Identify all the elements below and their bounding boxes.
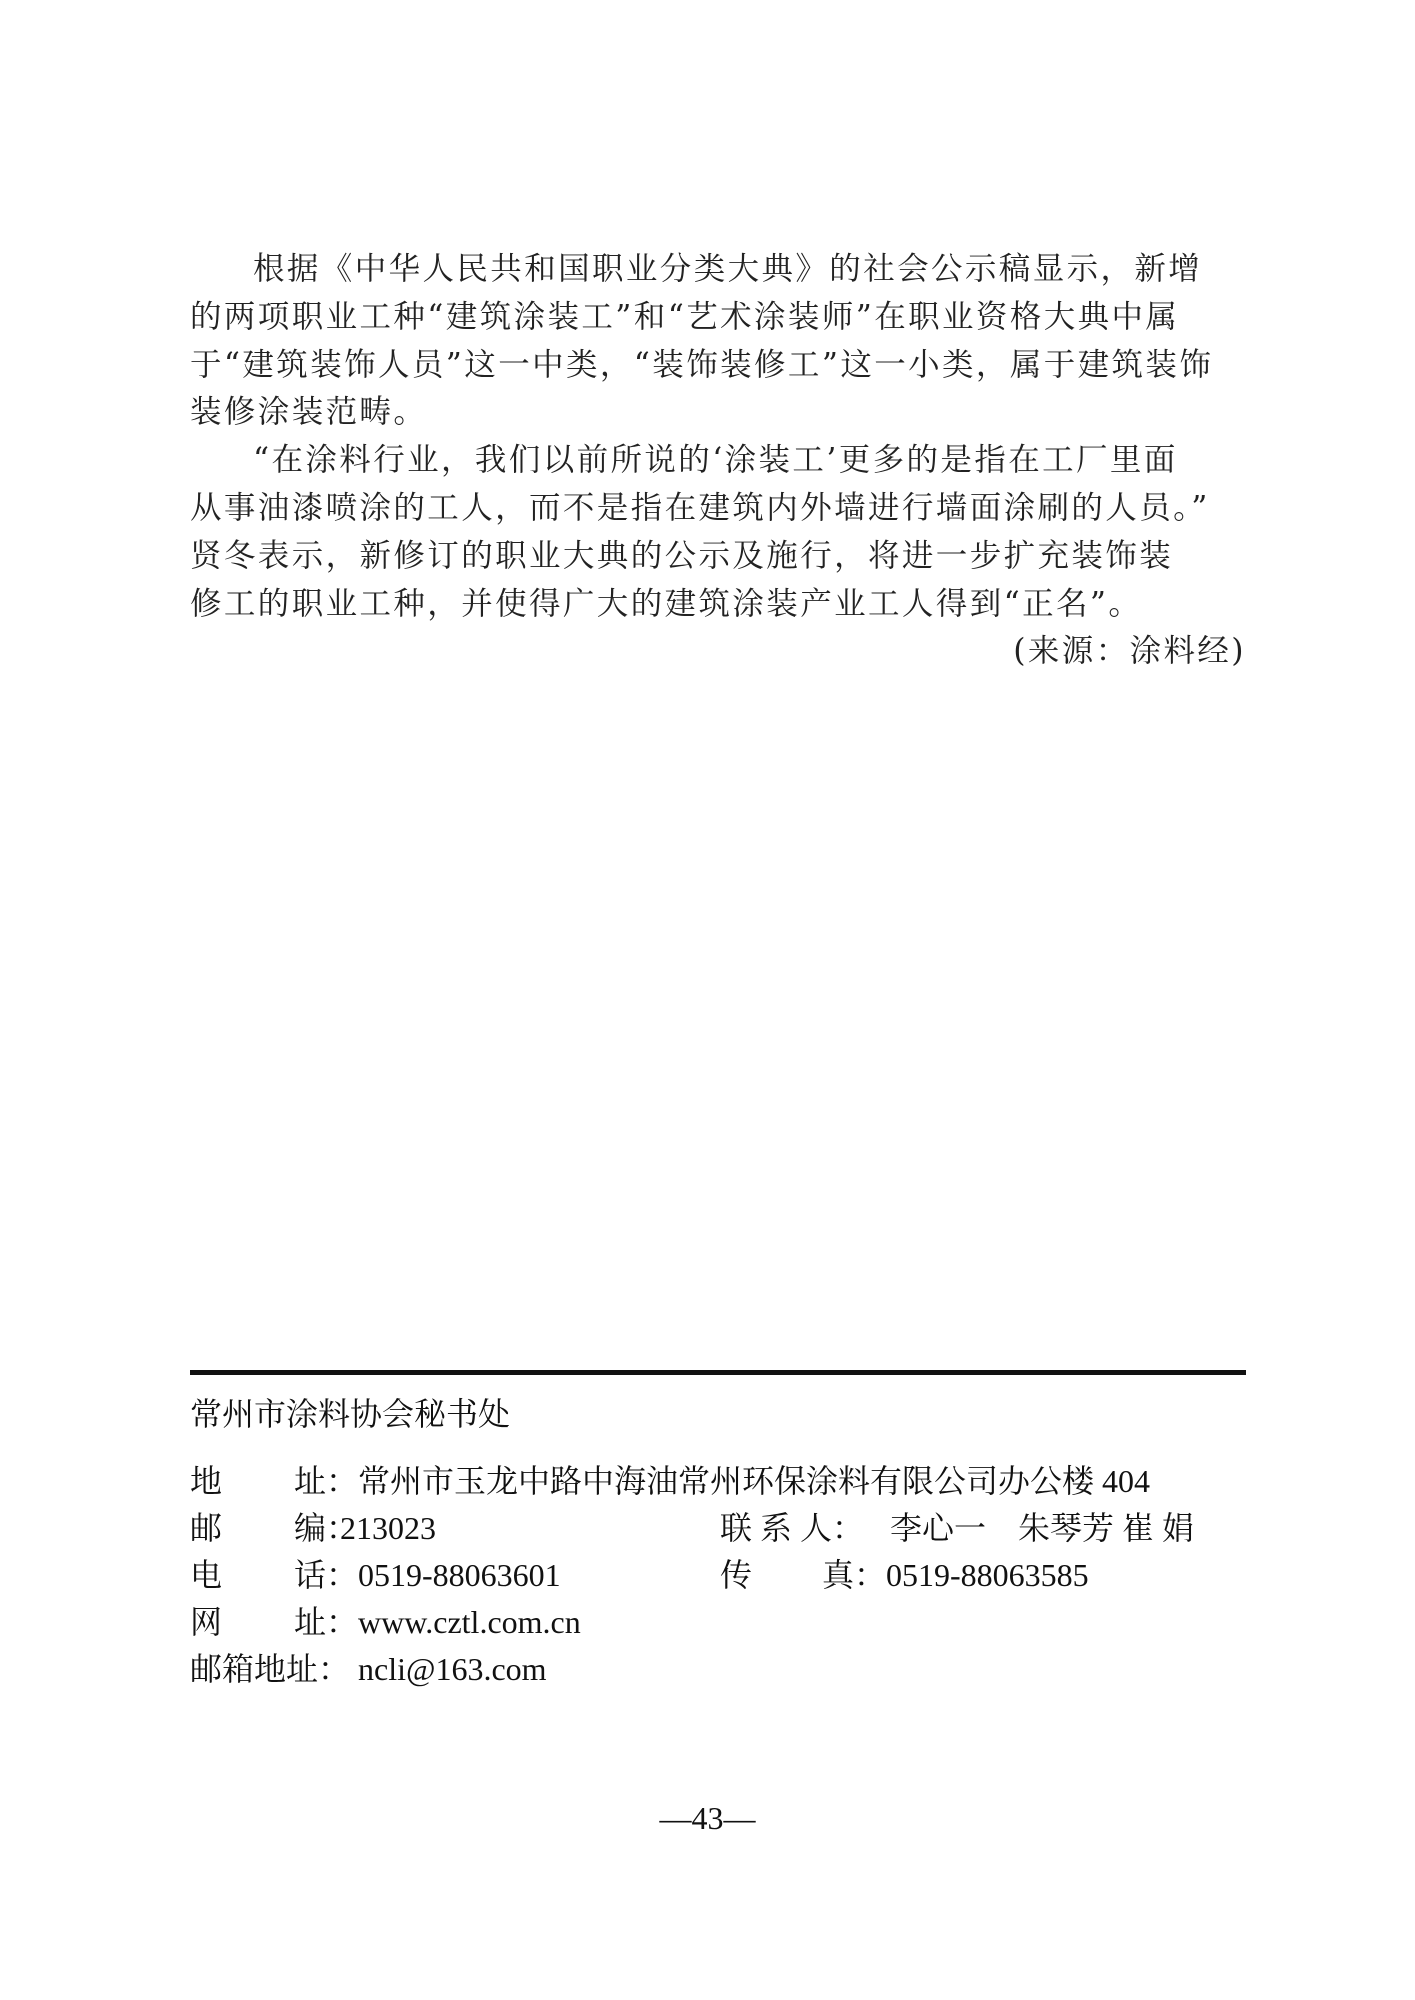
text-line: 根据《中华人民共和国职业分类大典》的社会公示稿显示，新增 bbox=[190, 246, 1246, 294]
footer-divider bbox=[190, 1370, 1246, 1375]
postcode-row: 邮 编： 213023 联 系 人： 李心一 朱琴芳 崔 娟 bbox=[190, 1505, 1250, 1552]
article-body: 根据《中华人民共和国职业分类大典》的社会公示稿显示，新增 的两项职业工种“建筑涂… bbox=[190, 246, 1246, 676]
contact-person-label: 联 系 人： bbox=[720, 1505, 864, 1552]
address-row: 地 址： 常州市玉龙中路中海油常州环保涂料有限公司办公楼 404 bbox=[190, 1458, 1250, 1505]
article-source: (来源：涂料经) bbox=[190, 628, 1246, 676]
document-page: 根据《中华人民共和国职业分类大典》的社会公示稿显示，新增 的两项职业工种“建筑涂… bbox=[0, 0, 1415, 2000]
fax-label-b: 真： bbox=[822, 1552, 886, 1599]
postcode-label-a: 邮 bbox=[190, 1505, 222, 1552]
email-link[interactable]: ncli@163.com bbox=[358, 1646, 547, 1693]
page-number: —43— bbox=[0, 1800, 1415, 1837]
text-line: 的两项职业工种“建筑涂装工”和“艺术涂装师”在职业资格大典中属 bbox=[190, 294, 1246, 342]
text-line: 装修涂装范畴。 bbox=[190, 389, 1246, 437]
text-line: 贤冬表示，新修订的职业大典的公示及施行，将进一步扩充装饰装 bbox=[190, 533, 1246, 581]
text-line: 于“建筑装饰人员”这一中类，“装饰装修工”这一小类，属于建筑装饰 bbox=[190, 342, 1246, 390]
phone-value: 0519-88063601 bbox=[358, 1552, 561, 1599]
phone-label-b: 话： bbox=[294, 1552, 358, 1599]
fax-value: 0519-88063585 bbox=[886, 1552, 1089, 1599]
email-label: 邮箱地址： bbox=[190, 1646, 350, 1693]
org-name: 常州市涂料协会秘书处 bbox=[190, 1389, 510, 1435]
paragraph-1: 根据《中华人民共和国职业分类大典》的社会公示稿显示，新增 的两项职业工种“建筑涂… bbox=[190, 246, 1246, 437]
website-label-b: 址： bbox=[294, 1599, 358, 1646]
address-label-b: 址： bbox=[294, 1458, 358, 1505]
website-link[interactable]: www.cztl.com.cn bbox=[358, 1599, 581, 1646]
text-line: 修工的职业工种，并使得广大的建筑涂装产业工人得到“正名”。 bbox=[190, 581, 1246, 629]
contact-info: 地 址： 常州市玉龙中路中海油常州环保涂料有限公司办公楼 404 邮 编： 21… bbox=[190, 1458, 1250, 1693]
address-value: 常州市玉龙中路中海油常州环保涂料有限公司办公楼 404 bbox=[358, 1458, 1150, 1505]
address-label-a: 地 bbox=[190, 1458, 222, 1505]
text-line: “在涂料行业，我们以前所说的‘涂装工’更多的是指在工厂里面 bbox=[190, 437, 1246, 485]
paragraph-2: “在涂料行业，我们以前所说的‘涂装工’更多的是指在工厂里面 从事油漆喷涂的工人，… bbox=[190, 437, 1246, 628]
website-row: 网 址： www.cztl.com.cn bbox=[190, 1599, 1250, 1646]
contact-person-value: 李心一 朱琴芳 崔 娟 bbox=[890, 1505, 1194, 1552]
phone-row: 电 话： 0519-88063601 传 真： 0519-88063585 bbox=[190, 1552, 1250, 1599]
postcode-value: 213023 bbox=[340, 1505, 436, 1552]
website-label-a: 网 bbox=[190, 1599, 222, 1646]
fax-label-a: 传 bbox=[720, 1552, 752, 1599]
email-row: 邮箱地址： ncli@163.com bbox=[190, 1646, 1250, 1693]
phone-label-a: 电 bbox=[190, 1552, 222, 1599]
text-line: 从事油漆喷涂的工人，而不是指在建筑内外墙进行墙面涂刷的人员。” bbox=[190, 485, 1246, 533]
